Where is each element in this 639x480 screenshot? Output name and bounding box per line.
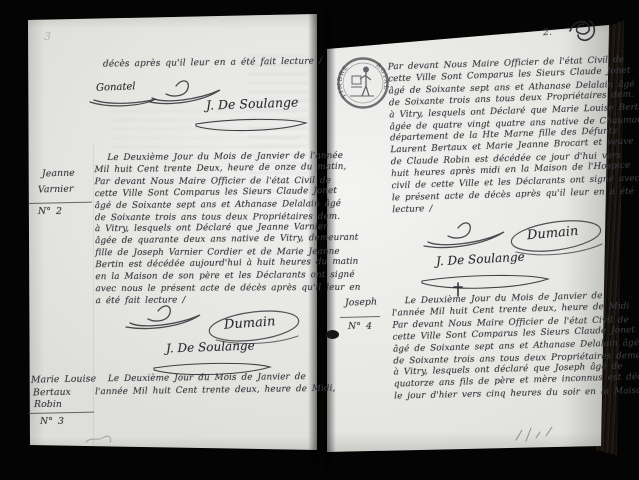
- stamp-figure-icon: [350, 67, 374, 96]
- handwritten-line: l'année Mil huit Cent trente deux, heure…: [95, 383, 336, 400]
- ink-blot: [326, 330, 339, 339]
- act2-margin-name-1: Jeanne: [42, 168, 75, 181]
- page-number: 2.: [543, 27, 553, 38]
- signature-gonatel: Gonatel: [96, 81, 136, 93]
- signature-scribble-icon: [420, 218, 508, 254]
- ink-smudge-icon: [512, 424, 558, 444]
- handwritten-line: avec nous le présent acte de décès après…: [95, 283, 360, 296]
- act4-body: Le Deuxième Jour du Mois de Janvier del'…: [392, 289, 639, 403]
- timbre-royal-stamp-icon: TIMBRE ROYAL: [336, 56, 390, 110]
- act4-margin-number: N° 4: [348, 321, 372, 334]
- handwritten-line: de Soixante trois ans tous deux Propriét…: [95, 211, 360, 224]
- left-corner-mark: 3: [44, 30, 51, 43]
- act3-margin-name-1: Marie Louise: [31, 373, 96, 387]
- handwritten-line: âgé de Soixante sept ans et Athanase Del…: [95, 198, 360, 212]
- act3-margin-name-2: Bertaux: [33, 387, 71, 400]
- signature-scribble-icon: [124, 303, 204, 335]
- corner-scribble-icon: [566, 17, 600, 45]
- handwritten-line: Mil huit Cent trente Deux, heure de onze…: [94, 162, 359, 177]
- ink-smudge-icon: [84, 433, 114, 445]
- act3-margin-number: N° 3: [40, 416, 64, 429]
- signature-swash-icon: [418, 272, 552, 294]
- act2-margin-number: N° 2: [38, 206, 62, 219]
- act3-margin-name-3: Robin: [34, 399, 62, 412]
- register-scan: 3 décès après qu'il leur en a été fait l…: [0, 0, 639, 480]
- signature-swash-icon: [192, 116, 310, 136]
- act4-margin-name: Joseph: [345, 296, 378, 310]
- act2-body: Le Deuxième Jour du Mois de Janvier de l…: [94, 151, 360, 308]
- act3-continued-body: Par devant Nous Maire Officier de l'état…: [388, 54, 639, 217]
- act3-start-body: Le Deuxième Jour du Mois de Janvier del'…: [95, 371, 336, 400]
- act2-margin-name-2: Varnier: [38, 184, 74, 197]
